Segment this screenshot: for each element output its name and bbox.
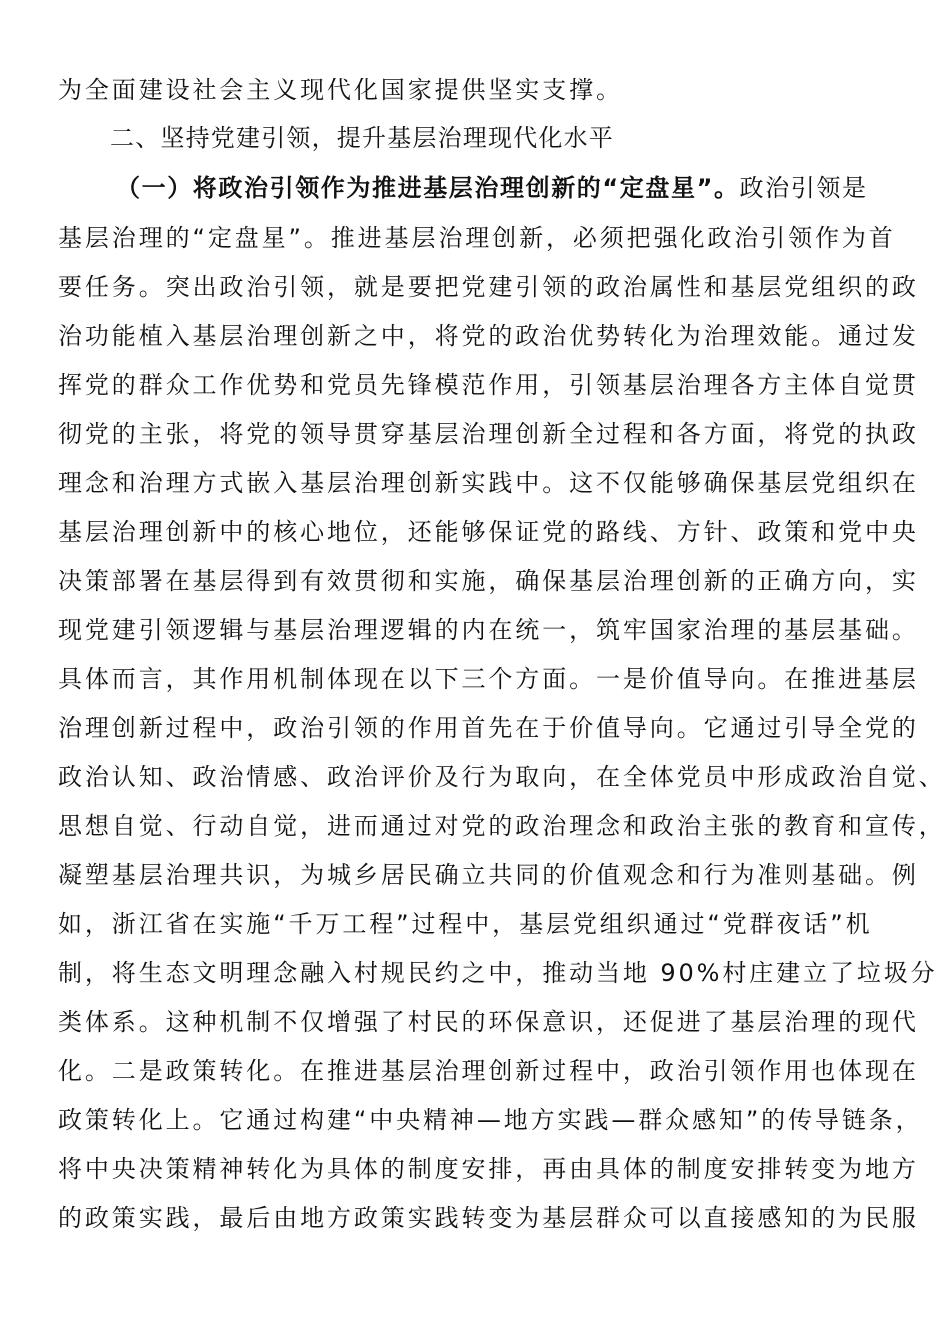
subsection-heading-line: （一）将政治引领作为推进基层治理创新的“定盘星”。政治引领是 [116, 168, 946, 208]
line-text: 政治引领是 [740, 174, 868, 202]
text-line: 的政策实践，最后由地方政策实践转变为基层群众可以直接感知的为民服 [58, 1198, 888, 1238]
text-line: 治理创新过程中，政治引领的作用首先在于价值导向。它通过引导全党的 [58, 708, 888, 748]
text-line: 化。二是政策转化。在推进基层治理创新过程中，政治引领作用也体现在 [58, 1051, 888, 1091]
line-text: 具体而言，其作用机制体现在以下三个方面。一是价值导向。在推进基层 [58, 665, 919, 693]
section-heading: 二、坚持党建引领，提升基层治理现代化水平 [110, 118, 940, 158]
text-line: 政策转化上。它通过构建“中央精神—地方实践—群众感知”的传导链条， [58, 1100, 888, 1140]
line-text: 政策转化上。它通过构建“中央精神—地方实践—群众感知”的传导链条， [58, 1106, 923, 1134]
text-line: 类体系。这种机制不仅增强了村民的环保意识，还促进了基层治理的现代 [58, 1002, 888, 1042]
line-text: 政治认知、政治情感、政治评价及行为取向，在全体党员中形成政治自觉、 [58, 763, 946, 791]
line-text: 挥党的群众工作优势和党员先锋模范作用，引领基层治理各方主体自觉贯 [58, 371, 919, 399]
text-line: 为全面建设社会主义现代化国家提供坚实支撑。 [58, 70, 888, 110]
line-text: 思想自觉、行动自觉，进而通过对党的政治理念和政治主张的教育和宣传， [58, 812, 946, 840]
text-line: 现党建引领逻辑与基层治理逻辑的内在统一，筑牢国家治理的基层基础。 [58, 610, 888, 650]
line-text: 类体系。这种机制不仅增强了村民的环保意识，还促进了基层治理的现代 [58, 1008, 919, 1036]
line-text: 凝塑基层治理共识，为城乡居民确立共同的价值观念和行为准则基础。例 [58, 861, 919, 889]
subsection-heading: （一）将政治引领作为推进基层治理创新的“定盘星”。 [116, 174, 740, 202]
text-line: 彻党的主张，将党的领导贯穿基层治理创新全过程和各方面，将党的执政 [58, 414, 888, 454]
line-text: 如，浙江省在实施“千万工程”过程中，基层党组织通过“党群夜话”机 [58, 910, 873, 938]
line-text: 要任务。突出政治引领，就是要把党建引领的政治属性和基层党组织的政 [58, 273, 919, 301]
section-heading-text: 二、坚持党建引领，提升基层治理现代化水平 [110, 124, 614, 152]
line-text: 决策部署在基层得到有效贯彻和实施，确保基层治理创新的正确方向，实 [58, 567, 919, 595]
text-line: 思想自觉、行动自觉，进而通过对党的政治理念和政治主张的教育和宣传， [58, 806, 888, 846]
line-text: 治理创新过程中，政治引领的作用首先在于价值导向。它通过引导全党的 [58, 714, 919, 742]
line-text: 将中央决策精神转化为具体的制度安排，再由具体的制度安排转变为地方 [58, 1155, 919, 1183]
text-line: 要任务。突出政治引领，就是要把党建引领的政治属性和基层党组织的政 [58, 267, 888, 307]
text-line: 将中央决策精神转化为具体的制度安排，再由具体的制度安排转变为地方 [58, 1149, 888, 1189]
text-line: 挥党的群众工作优势和党员先锋模范作用，引领基层治理各方主体自觉贯 [58, 365, 888, 405]
line-text: 治功能植入基层治理创新之中，将党的政治优势转化为治理效能。通过发 [58, 322, 919, 350]
text-line: 如，浙江省在实施“千万工程”过程中，基层党组织通过“党群夜话”机 [58, 904, 888, 944]
line-text: 基层治理的“定盘星”。推进基层治理创新，必须把强化政治引领作为首 [58, 224, 896, 252]
text-line: 决策部署在基层得到有效贯彻和实施，确保基层治理创新的正确方向，实 [58, 561, 888, 601]
line-text: 理念和治理方式嵌入基层治理创新实践中。这不仅能够确保基层党组织在 [58, 469, 919, 497]
line-text: 的政策实践，最后由地方政策实践转变为基层群众可以直接感知的为民服 [58, 1204, 919, 1232]
document-page: 为全面建设社会主义现代化国家提供坚实支撑。 二、坚持党建引领，提升基层治理现代化… [0, 0, 950, 1344]
text-line: 具体而言，其作用机制体现在以下三个方面。一是价值导向。在推进基层 [58, 659, 888, 699]
line-text: 制，将生态文明理念融入村规民约之中，推动当地 90%村庄建立了垃圾分 [58, 959, 938, 987]
line-text: 为全面建设社会主义现代化国家提供坚实支撑。 [58, 76, 623, 104]
text-line: 基层治理的“定盘星”。推进基层治理创新，必须把强化政治引领作为首 [58, 218, 888, 258]
text-line: 基层治理创新中的核心地位，还能够保证党的路线、方针、政策和党中央 [58, 512, 888, 552]
text-line: 凝塑基层治理共识，为城乡居民确立共同的价值观念和行为准则基础。例 [58, 855, 888, 895]
line-text: 现党建引领逻辑与基层治理逻辑的内在统一，筑牢国家治理的基层基础。 [58, 616, 919, 644]
text-line: 治功能植入基层治理创新之中，将党的政治优势转化为治理效能。通过发 [58, 316, 888, 356]
text-line: 政治认知、政治情感、政治评价及行为取向，在全体党员中形成政治自觉、 [58, 757, 888, 797]
line-text: 化。二是政策转化。在推进基层治理创新过程中，政治引领作用也体现在 [58, 1057, 919, 1085]
text-line: 制，将生态文明理念融入村规民约之中，推动当地 90%村庄建立了垃圾分 [58, 953, 888, 993]
text-line: 理念和治理方式嵌入基层治理创新实践中。这不仅能够确保基层党组织在 [58, 463, 888, 503]
line-text: 基层治理创新中的核心地位，还能够保证党的路线、方针、政策和党中央 [58, 518, 919, 546]
line-text: 彻党的主张，将党的领导贯穿基层治理创新全过程和各方面，将党的执政 [58, 420, 919, 448]
